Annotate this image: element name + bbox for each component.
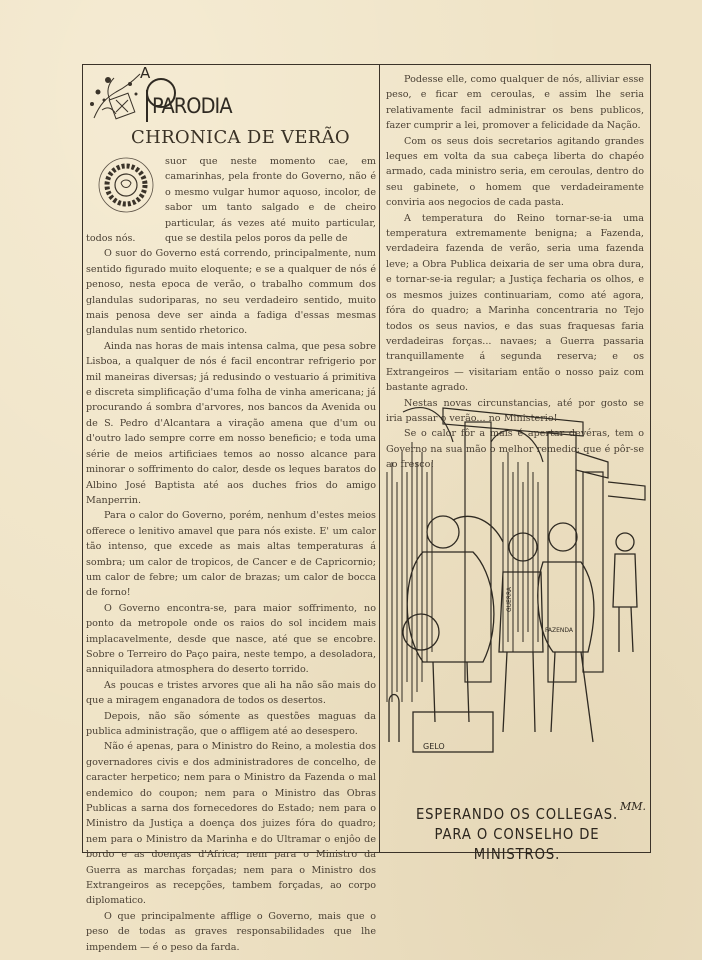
column-divider [379,64,380,853]
paragraph: A temperatura do Reino tornar-se-ia uma … [386,211,644,396]
paragraph: Depois, não são sómente as questões magu… [86,709,376,740]
paragraph: Com os seus dois secretarios agitando gr… [386,134,644,211]
guerra-label: GUERRA [506,586,513,612]
article-title: CHRONICA DE VERÃO [131,127,381,148]
artist-signature: MM. [620,800,646,813]
masthead-title: PARODIA [152,94,232,118]
caption-line-2: PARA O CONSELHO DE MINISTROS. [403,824,632,864]
left-column-body: todos nós. O suor do Governo está corren… [86,231,376,955]
caption-line-1: ESPERANDO OS COLLEGAS. [403,804,632,824]
wreath-emblem-icon [97,155,155,215]
illustration-caption: ESPERANDO OS COLLEGAS. PARA O CONSELHO D… [403,804,632,864]
cartoon-illustration: GELO GUERRA FAZENDA [383,402,649,762]
intro-tail: todos nós. [86,231,376,246]
paragraph: Para o calor do Governo, porém, nenhum d… [86,508,376,600]
gelo-label: GELO [423,742,445,751]
paragraph: As poucas e tristes arvores que ali ha n… [86,678,376,709]
masthead-bar [146,90,148,122]
floral-ornament-icon [86,70,148,122]
paragraph: O Governo encontra-se, para maior soffri… [86,601,376,678]
paragraph: O suor do Governo está correndo, princip… [86,246,376,338]
masthead-article: A [140,64,150,82]
paragraph: Podesse elle, como qualquer de nós, alli… [386,72,644,134]
paragraph: Ainda nas horas de mais intensa calma, q… [86,339,376,508]
masthead: A PARODIA [86,66,246,122]
fazenda-label: FAZENDA [545,627,574,634]
paragraph: O que principalmente afflige o Governo, … [86,909,376,955]
paragraph: Não é apenas, para o Ministro do Reino, … [86,739,376,908]
